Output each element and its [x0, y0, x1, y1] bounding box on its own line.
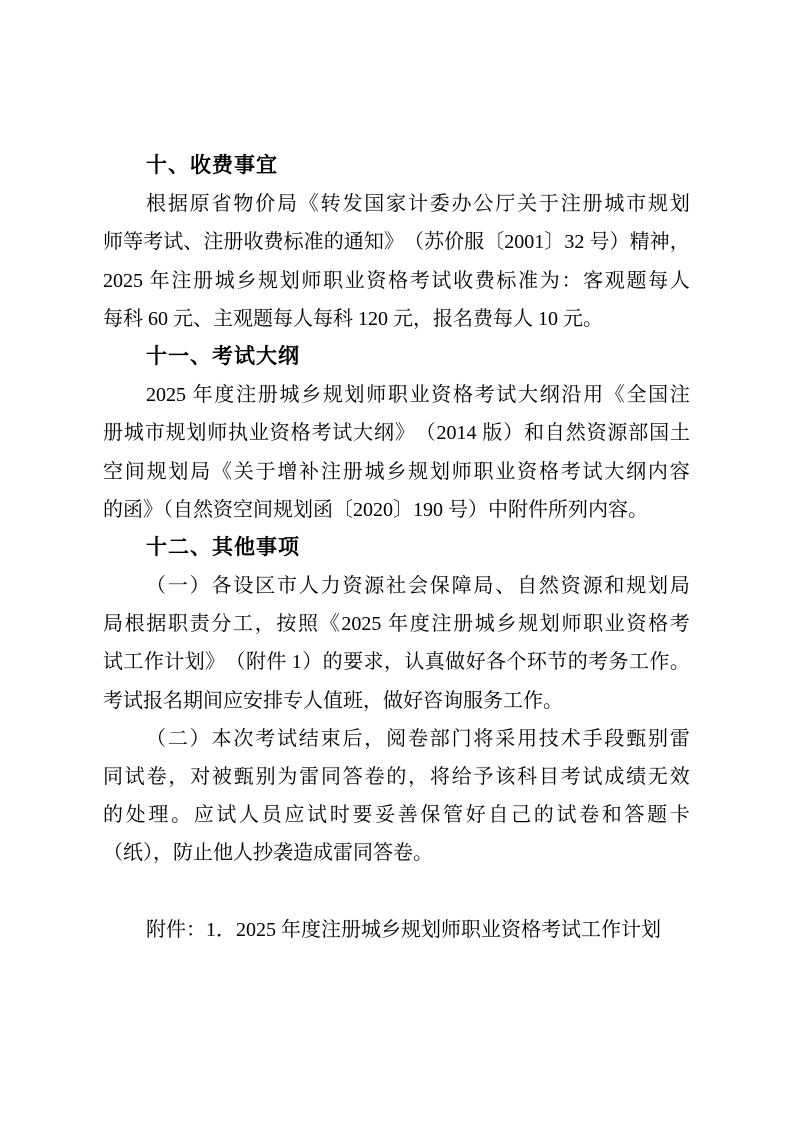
paragraph-line: 的函》（自然资空间规划函〔2020〕190 号）中附件所列内容。	[103, 491, 690, 529]
paragraph-line: 局根据职责分工，按照《2025 年度注册城乡规划师职业资格考	[103, 605, 690, 643]
blank-line	[103, 873, 690, 911]
document-page: 十、收费事宜 根据原省物价局《转发国家计委办公厅关于注册城市规划 师等考试、注册…	[0, 0, 794, 1123]
paragraph-line: 试工作计划》（附件 1）的要求，认真做好各个环节的考务工作。	[103, 643, 690, 681]
document-content: 十、收费事宜 根据原省物价局《转发国家计委办公厅关于注册城市规划 师等考试、注册…	[103, 147, 690, 949]
section-heading-syllabus: 十一、考试大纲	[103, 338, 690, 376]
paragraph-line: 考试报名期间应安排专人值班，做好咨询服务工作。	[103, 682, 690, 720]
paragraph-line: 的处理。应试人员应试时要妥善保管好自己的试卷和答题卡	[103, 796, 690, 834]
section-heading-other-matters: 十二、其他事项	[103, 529, 690, 567]
paragraph-line: 师等考试、注册收费标准的通知》（苏价服〔2001〕32 号）精神，	[103, 223, 690, 261]
paragraph-line: （一）各设区市人力资源社会保障局、自然资源和规划局	[103, 567, 690, 605]
paragraph-line: 根据原省物价局《转发国家计委办公厅关于注册城市规划	[103, 185, 690, 223]
paragraph-line: （纸），防止他人抄袭造成雷同答卷。	[103, 834, 690, 872]
paragraph-line: 册城市规划师执业资格考试大纲》（2014 版）和自然资源部国土	[103, 414, 690, 452]
paragraph-line: 同试卷，对被甄别为雷同答卷的，将给予该科目考试成绩无效	[103, 758, 690, 796]
paragraph-line: 空间规划局《关于增补注册城乡规划师职业资格考试大纲内容	[103, 453, 690, 491]
paragraph-line: 每科 60 元、主观题每人每科 120 元，报名费每人 10 元。	[103, 300, 690, 338]
paragraph-line: （二）本次考试结束后，阅卷部门将采用技术手段甄别雷	[103, 720, 690, 758]
paragraph-line: 2025 年注册城乡规划师职业资格考试收费标准为：客观题每人	[103, 262, 690, 300]
attachment-list-line: 附件：1．2025 年度注册城乡规划师职业资格考试工作计划	[103, 911, 690, 949]
paragraph-line: 2025 年度注册城乡规划师职业资格考试大纲沿用《全国注	[103, 376, 690, 414]
section-heading-fees: 十、收费事宜	[103, 147, 690, 185]
